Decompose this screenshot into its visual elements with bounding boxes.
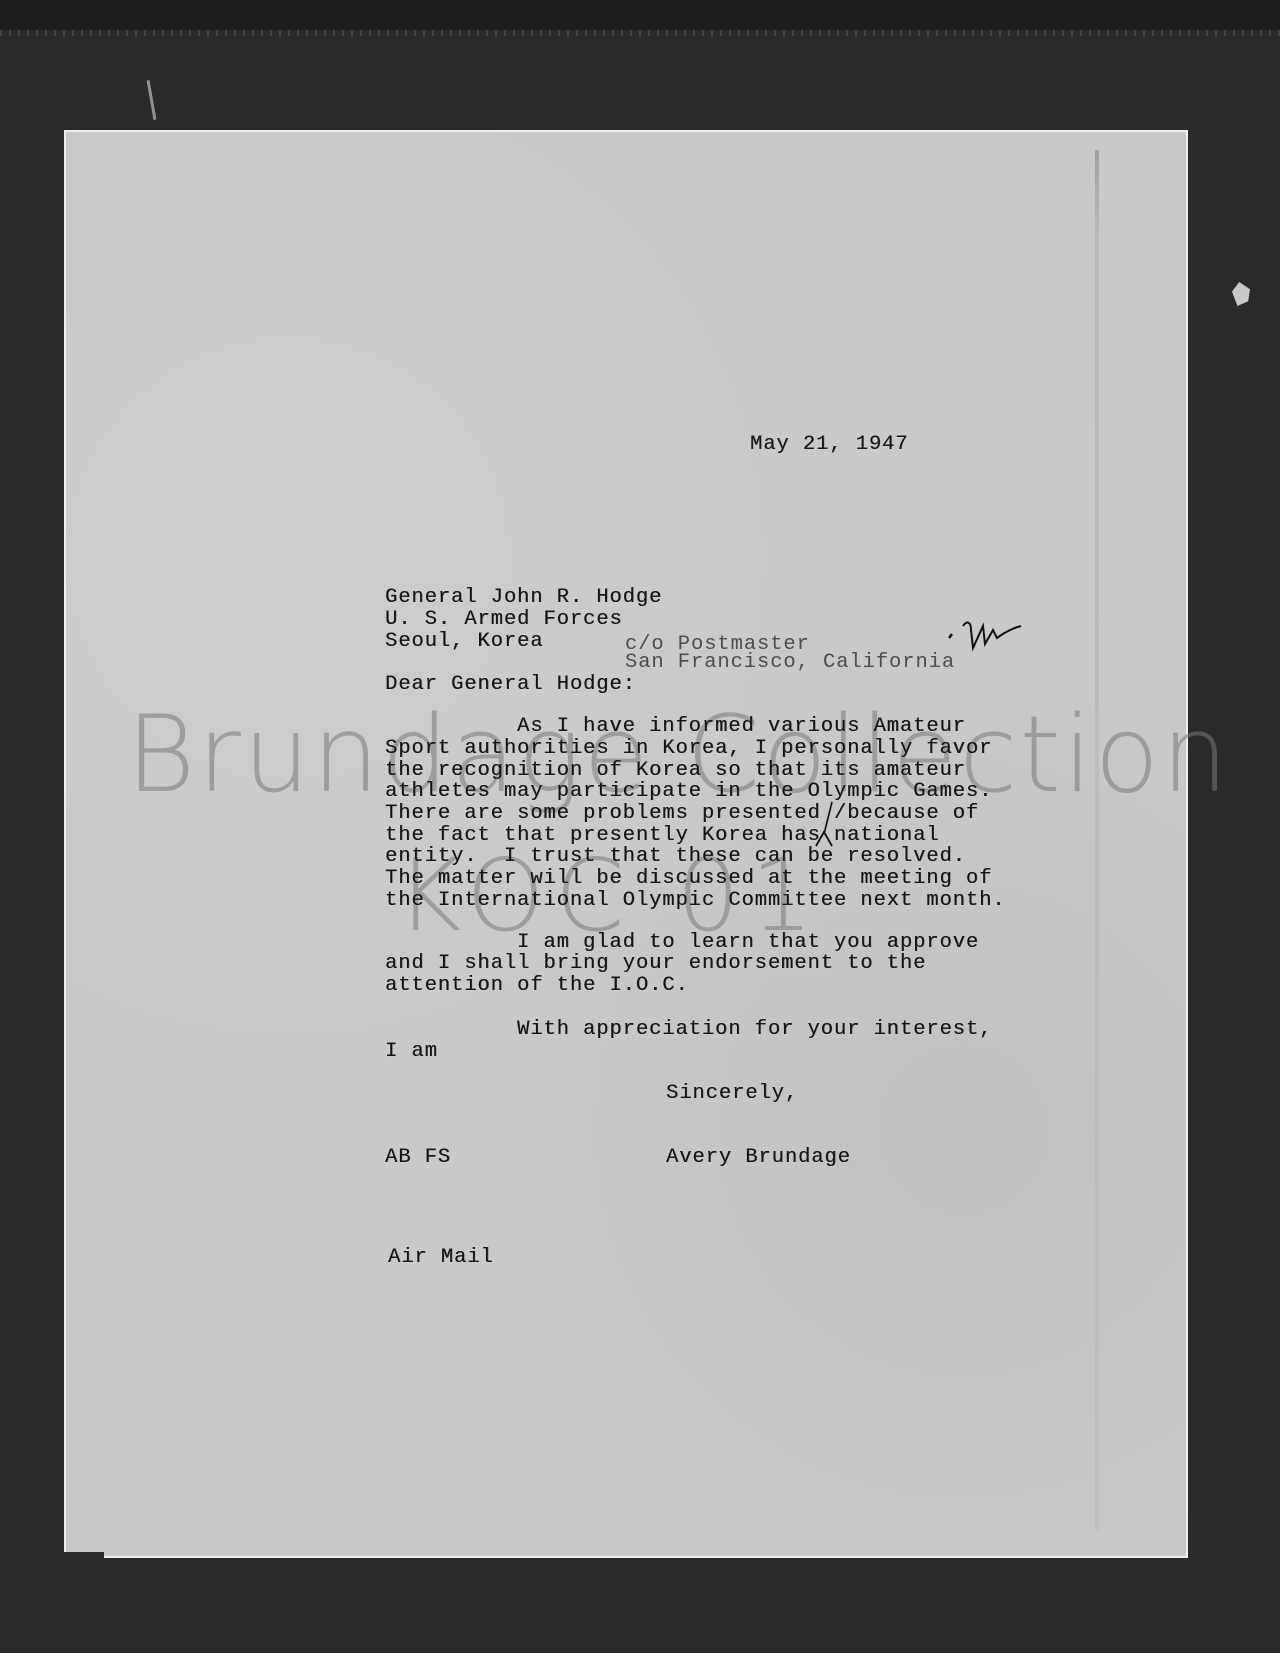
scan-artifact — [1232, 282, 1250, 306]
body-paragraph-1-line: The matter will be discussed at the meet… — [385, 868, 992, 889]
scan-artifact — [147, 80, 157, 120]
body-paragraph-1-line: As I have informed various Amateur — [385, 716, 966, 737]
recipient-organization: U. S. Armed Forces — [385, 609, 623, 630]
scan-top-border — [0, 0, 1280, 30]
body-paragraph-1-line: Sport authorities in Korea, I personally… — [385, 738, 992, 759]
care-of-line-2: San Francisco, California — [625, 652, 955, 673]
complimentary-close: Sincerely, — [666, 1083, 798, 1104]
body-paragraph-2-line: and I shall bring your endorsement to th… — [385, 953, 926, 974]
body-paragraph-1-line: There are some problems presented /becau… — [385, 803, 979, 824]
body-paragraph-1-line: the recognition of Korea so that its ama… — [385, 760, 966, 781]
recipient-name: General John R. Hodge — [385, 587, 662, 608]
body-paragraph-1-line: the fact that presently Korea has nation… — [385, 825, 939, 846]
body-paragraph-1-line: entity. I trust that these can be resolv… — [385, 846, 966, 867]
paper-corner-notch — [64, 1552, 104, 1558]
body-paragraph-2-line: I am glad to learn that you approve — [385, 932, 979, 953]
paper-crease — [1095, 150, 1099, 1530]
handwritten-initials-icon — [945, 616, 1025, 656]
body-paragraph-1-line: the International Olympic Committee next… — [385, 890, 1006, 911]
body-paragraph-2-line: attention of the I.O.C. — [385, 975, 689, 996]
letter-date: May 21, 1947 — [750, 434, 908, 455]
scan-perforation — [0, 30, 1280, 36]
salutation: Dear General Hodge: — [385, 674, 636, 695]
reference-initials: AB FS — [385, 1147, 451, 1168]
recipient-location: Seoul, Korea — [385, 631, 543, 652]
delivery-note: Air Mail — [388, 1247, 494, 1268]
closing-lead-line: With appreciation for your interest, — [385, 1019, 992, 1040]
signer-name: Avery Brundage — [666, 1147, 851, 1168]
body-paragraph-1-line: athletes may participate in the Olympic … — [385, 781, 992, 802]
closing-lead-line: I am — [385, 1041, 438, 1062]
insertion-caret-icon — [810, 800, 840, 850]
